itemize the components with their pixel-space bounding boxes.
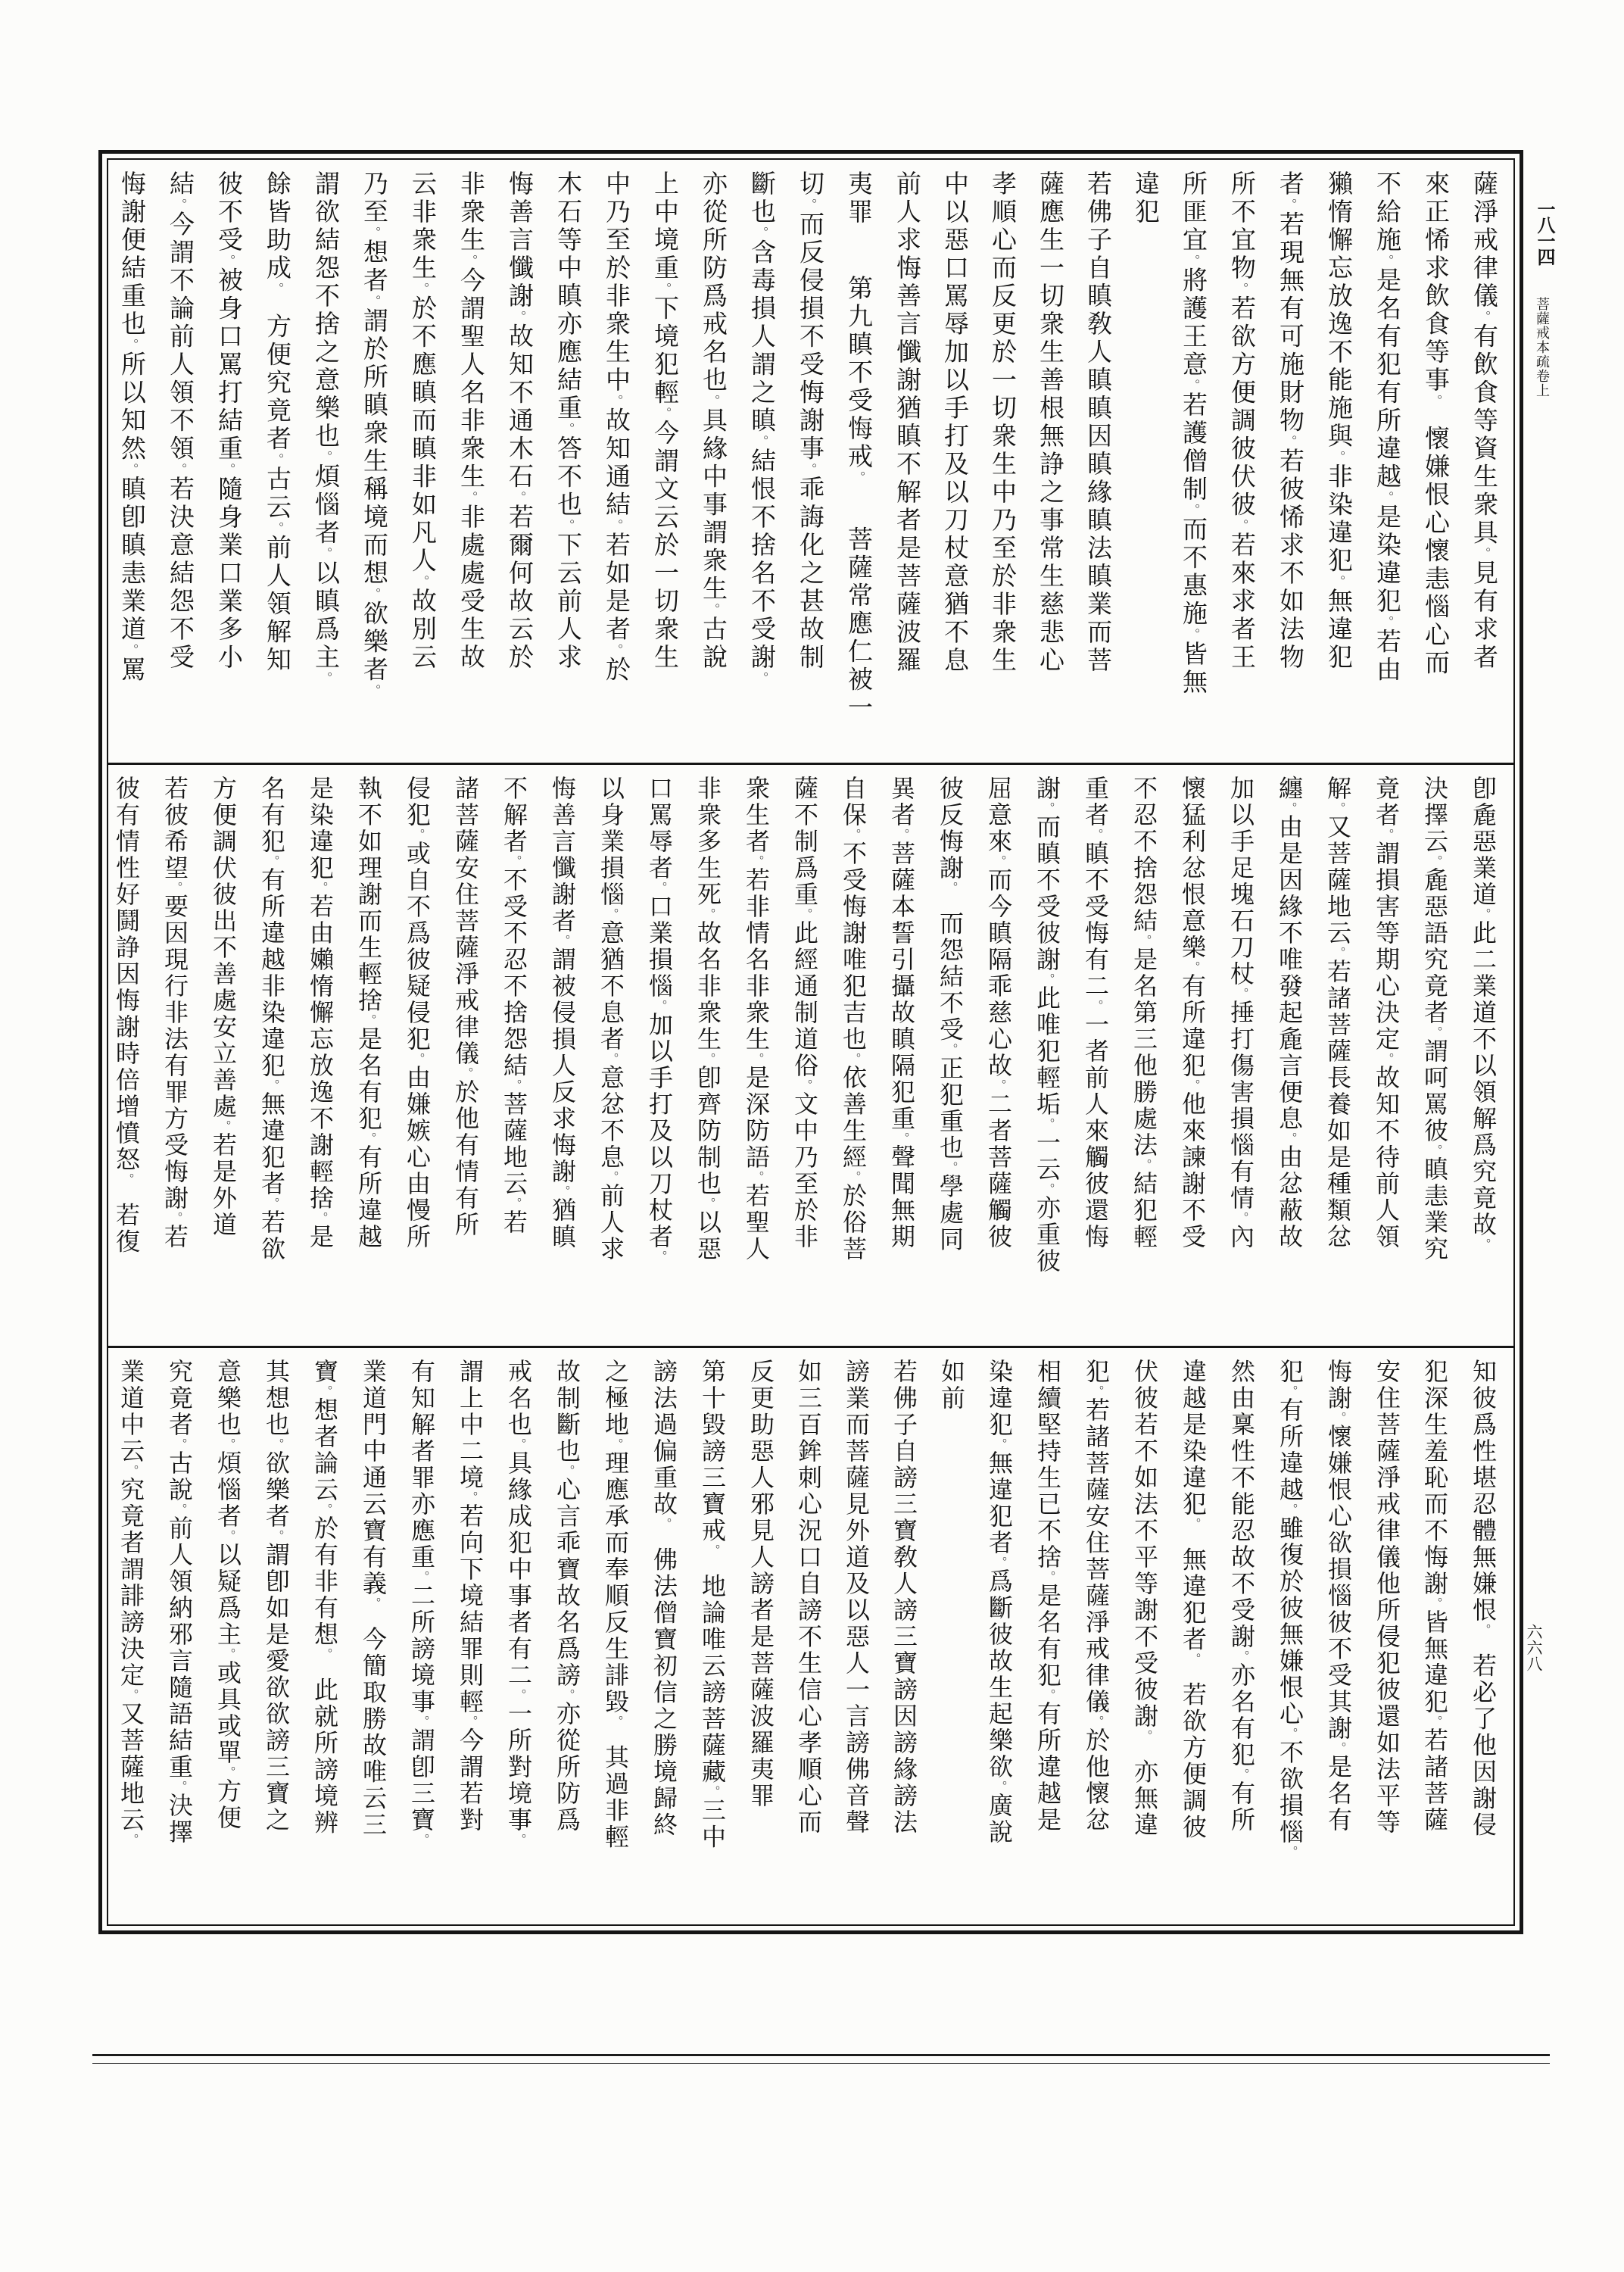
text-column: 知彼爲性堪忍體無嫌恨。 若必了他因謝侵 <box>1459 1359 1507 1914</box>
text-column: 謂上中二境。若向下境結罪則輕。今謂若對 <box>446 1359 494 1914</box>
text-column: 若彼希望。要因現行非法有罪方受悔謝。若 <box>151 776 199 1335</box>
text-register-bottom: 知彼爲性堪忍體無嫌恨。 若必了他因謝侵犯深生羞恥而不悔謝。皆無違犯。若諸菩薩安住… <box>108 1348 1513 1924</box>
text-column: 是染違犯。若由嬾惰懈忘放逸不謝輕捨。是 <box>296 776 344 1335</box>
text-column: 切。而反侵損不受悔謝事。乖誨化之甚故制 <box>785 170 834 752</box>
text-column: 纏。由是因緣不唯發起麁言便息。由忿蔽故 <box>1265 776 1314 1335</box>
text-column: 其想也。欲樂者。謂卽如是愛欲欲謗三寶之 <box>252 1359 301 1914</box>
text-column: 意樂也。煩惱者。以疑爲主。或具或單。方便 <box>204 1359 252 1914</box>
text-column: 違犯 <box>1121 170 1168 752</box>
text-column: 悔善言懺謝。故知不通木石。若爾何故云於 <box>494 170 543 752</box>
text-column: 孝順心而反更於一切衆生中乃至於非衆生 <box>977 170 1025 752</box>
text-column: 斷也。含毒損人謂之瞋。結恨不捨名不受謝。 <box>737 170 785 752</box>
text-column: 業道中云。究竟者謂誹謗決定。又菩薩地云。 <box>108 1359 155 1914</box>
footer-rule-upper <box>92 2054 1550 2056</box>
text-column: 彼反悔謝。 而怨結不受。正犯重也。學處同 <box>926 776 974 1335</box>
margin-book-title: 菩薩戒本疏卷上 <box>1532 297 1552 398</box>
text-column: 竟者。謂損害等期心決定。故知不待前人領 <box>1362 776 1410 1335</box>
text-column: 重者。瞋不受悔有二。一者前人來觸彼還悔 <box>1071 776 1120 1335</box>
text-column: 違越是染違犯。 無違犯者。 若欲方便調彼 <box>1169 1359 1217 1914</box>
text-column: 戒名也。具緣成犯中事者有二。一所對境事。 <box>494 1359 543 1914</box>
text-column: 所匪宜。將護王意。若護僧制。而不惠施。皆無 <box>1168 170 1217 752</box>
text-column: 亦從所防爲戒名也。具緣中事謂衆生。古說 <box>688 170 737 752</box>
text-column: 方便調伏彼出不善處安立善處。若是外道 <box>199 776 248 1335</box>
margin-page-number: 一八一四 <box>1531 200 1557 264</box>
text-column: 屈意來。而今瞋隔乖慈心故。二者菩薩觸彼 <box>974 776 1023 1335</box>
text-column: 悔謝便結重也。所以知然。瞋卽瞋恚業道。罵 <box>108 170 155 752</box>
text-column: 故制斷也。心言乖寶故名爲謗。亦從所防爲 <box>543 1359 591 1914</box>
text-column: 悔謝。懷嫌恨心欲損惱彼不受其謝。是名有 <box>1314 1359 1363 1914</box>
text-column: 來正悕求飲食等事。 懷嫌恨心懷恚惱心而 <box>1410 170 1459 752</box>
text-column: 寶。想者論云。於有非有想。 此就所謗境辨 <box>301 1359 349 1914</box>
text-column: 相續堅持生已不捨。是名有犯。有所違越是 <box>1024 1359 1072 1914</box>
text-column: 衆生者。若非情名非衆生。是深防語。若聖人 <box>732 776 781 1335</box>
text-column: 不解者。不受不忍不捨怨結。菩薩地云。若 <box>490 776 538 1335</box>
page-border-frame: 薩淨戒律儀。有飲食等資生衆具。見有求者來正悕求飲食等事。 懷嫌恨心懷恚惱心而不給… <box>98 150 1523 1934</box>
text-column: 彼不受。被身口罵打結重。隨身業口業多小 <box>204 170 252 752</box>
text-column: 如三百鉾刺心況口自謗不生信心孝順心而 <box>784 1359 832 1914</box>
text-column: 口罵辱者。口業損惱。加以手打及以刀杖者。 <box>635 776 684 1335</box>
text-column: 悔善言懺謝者。謂被侵損人反求悔謝。猶瞋 <box>538 776 587 1335</box>
text-column: 之極地。理應承而奉順反生誹毀。 其過非輕 <box>591 1359 640 1914</box>
text-column: 云非衆生。於不應瞋而瞋非如凡人。故別云 <box>397 170 446 752</box>
text-column: 染違犯。無違犯者。爲斷彼故生起樂欲。廣說 <box>975 1359 1024 1914</box>
text-column: 上中境重。下境犯輕。今謂文云於一切衆生 <box>640 170 688 752</box>
text-column: 業道門中通云寶有義。 今簡取勝故唯云三 <box>349 1359 397 1914</box>
text-column: 懷猛利忿恨意樂。有所違犯。他來諫謝不受 <box>1168 776 1217 1335</box>
text-column: 加以手足塊石刀杖。捶打傷害損惱有情。內 <box>1217 776 1265 1335</box>
text-column: 乃至。想者。謂於所瞋衆生稱境而想。欲樂者。 <box>349 170 397 752</box>
text-column: 不給施。是名有犯有所違越。是染違犯。若由 <box>1362 170 1410 752</box>
text-column: 者。若現無有可施財物。若彼悕求不如法物 <box>1265 170 1314 752</box>
text-column: 薩不制爲重。此經通制道俗。文中乃至於非 <box>781 776 829 1335</box>
text-column: 有知解者罪亦應重。二所謗境事。謂卽三寶。 <box>397 1359 446 1914</box>
text-register-middle: 卽麁惡業道。此二業道不以領解爲究竟故。決擇云。麁惡語究竟者。謂呵罵彼。瞋恚業究竟… <box>108 765 1513 1348</box>
text-register-top: 薩淨戒律儀。有飲食等資生衆具。見有求者來正悕求飲食等事。 懷嫌恨心懷恚惱心而不給… <box>108 160 1513 765</box>
text-column: 謂欲結怨不捨之意樂也。煩惱者。以瞋爲主。 <box>301 170 349 752</box>
text-column: 非衆生。今謂聖人名非衆生。非處處受生故 <box>446 170 494 752</box>
footer-rule-lower <box>92 2063 1550 2064</box>
text-column: 若佛子自謗三寶敎人謗三寶謗因謗緣謗法 <box>880 1359 927 1914</box>
text-column: 不忍不捨怨結。是名第三他勝處法。結犯輕 <box>1120 776 1168 1335</box>
text-column: 中以惡口罵辱加以手打及以刀杖意猶不息 <box>930 170 977 752</box>
text-column: 以身業損惱。意猶不息者。意忿不息。前人求 <box>587 776 635 1335</box>
text-column: 反更助惡人邪見人謗者是菩薩波羅夷罪 <box>737 1359 784 1914</box>
margin-folio-number: 六六八 <box>1523 1624 1545 1671</box>
text-column: 木石等中瞋亦應結重。答不也。下云前人求 <box>543 170 591 752</box>
text-column: 謗法過偏重故。 佛法僧寶初信之勝境歸終 <box>640 1359 688 1914</box>
text-column: 解。又菩薩地云。若諸菩薩長養如是種類忿 <box>1314 776 1362 1335</box>
text-column: 非衆多生死。故名非衆生。卽齊防制也。以惡 <box>684 776 732 1335</box>
text-column: 決擇云。麁惡語究竟者。謂呵罵彼。瞋恚業究 <box>1410 776 1459 1335</box>
text-column: 犯。若諸菩薩安住菩薩淨戒律儀。於他懷忿 <box>1072 1359 1121 1914</box>
text-column: 執不如理謝而生輕捨。是名有犯。有所違越 <box>344 776 393 1335</box>
text-column: 自保。不受悔謝唯犯吉也。依善生經。於俗菩 <box>829 776 877 1335</box>
text-column: 犯深生羞恥而不悔謝。皆無違犯。若諸菩薩 <box>1410 1359 1459 1914</box>
text-column: 伏彼若不如法不平等謝不受彼謝。 亦無違 <box>1121 1359 1169 1914</box>
text-column: 謝。而瞋不受彼謝。此唯犯輕垢。一云。亦重彼 <box>1023 776 1071 1335</box>
text-column: 若佛子自瞋敎人瞋瞋因瞋緣瞋法瞋業而菩 <box>1073 170 1121 752</box>
text-column: 侵犯。或自不爲彼疑侵犯。由嫌嫉心由慢所 <box>393 776 441 1335</box>
text-column: 餘皆助成。 方便究竟者。古云。前人領解知 <box>252 170 301 752</box>
page-border-inner-rule: 薩淨戒律儀。有飲食等資生衆具。見有求者來正悕求飲食等事。 懷嫌恨心懷恚惱心而不給… <box>107 158 1515 1926</box>
text-column: 獺惰懈忘放逸不能施與。非染違犯。無違犯 <box>1314 170 1362 752</box>
text-column: 薩淨戒律儀。有飲食等資生衆具。見有求者 <box>1459 170 1507 752</box>
text-column: 前人求悔善言懺謝猶瞋不解者是菩薩波羅 <box>882 170 930 752</box>
text-column: 所不宜物。若欲方便調彼伏彼。若來求者王 <box>1217 170 1265 752</box>
text-column: 中乃至於非衆生中。故知通結。若如是者。於 <box>591 170 640 752</box>
text-column: 犯。有所違越。雖復於彼無嫌恨心。不欲損惱。 <box>1266 1359 1314 1914</box>
text-column: 然由稟性不能忍故不受謝。亦名有犯。有所 <box>1217 1359 1266 1914</box>
text-column: 結。今謂不論前人領不領。若決意結怨不受 <box>155 170 204 752</box>
text-column: 諸菩薩安住菩薩淨戒律儀。於他有情有所 <box>441 776 490 1335</box>
scanned-canon-page: 薩淨戒律儀。有飲食等資生衆具。見有求者來正悕求飲食等事。 懷嫌恨心懷恚惱心而不給… <box>0 0 1624 2272</box>
text-column: 卽麁惡業道。此二業道不以領解爲究竟故。 <box>1459 776 1507 1335</box>
text-column: 究竟者。古說。前人領納邪言隨語結重。決擇 <box>155 1359 204 1914</box>
text-column: 安住菩薩淨戒律儀他所侵犯彼還如法平等 <box>1363 1359 1410 1914</box>
text-column: 如前 <box>927 1359 975 1914</box>
text-column: 異者。菩薩本誓引攝故瞋隔犯重。聲聞無期 <box>877 776 926 1335</box>
text-column: 夷罪 第九瞋不受悔戒。 菩薩常應仁被一 <box>834 170 882 752</box>
text-column: 薩應生一切衆生善根無諍之事常生慈悲心 <box>1025 170 1073 752</box>
text-column: 彼有情性好鬪諍因悔謝時倍增憤怒。 若復 <box>108 776 151 1335</box>
text-column: 名有犯。有所違越非染違犯。無違犯者。若欲 <box>248 776 296 1335</box>
text-column: 第十毀謗三寶戒。 地論唯云謗菩薩藏。三中 <box>688 1359 737 1914</box>
text-column: 謗業而菩薩見外道及以惡人一言謗佛音聲 <box>832 1359 880 1914</box>
